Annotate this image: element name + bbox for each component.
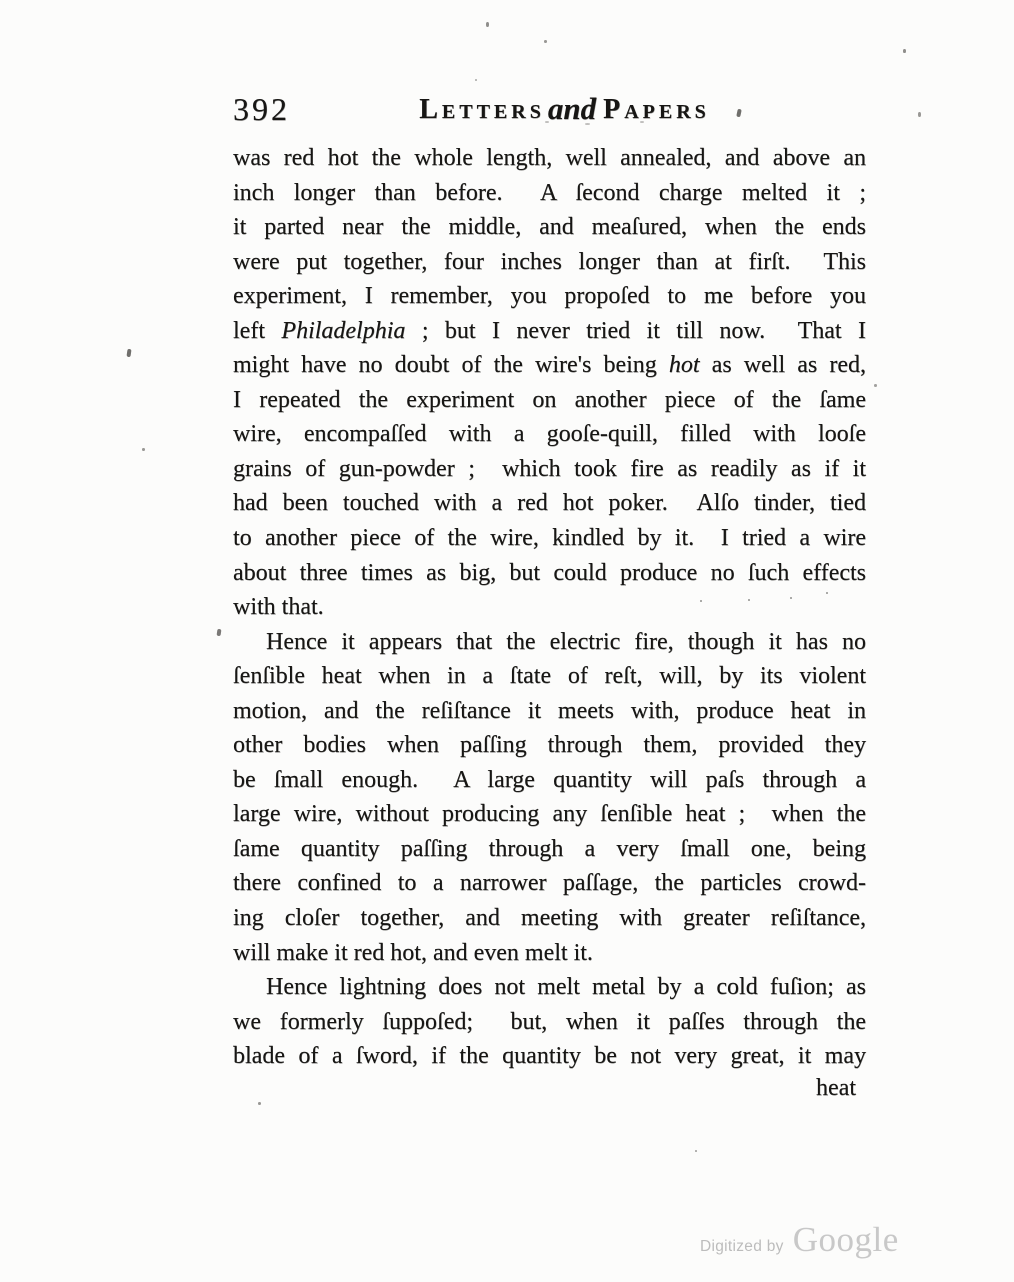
text-line: be ſmall enough. A large quantity will p…	[233, 763, 866, 798]
speck	[142, 448, 145, 451]
text-line: ing cloſer together, and meeting with gr…	[233, 901, 866, 936]
text-line: wire, encompaſſed with a gooſe-quill, fi…	[233, 417, 866, 452]
running-title-word-letters: Letters	[419, 94, 545, 125]
speck	[700, 600, 702, 602]
speck	[826, 592, 828, 594]
text-line: were put together, four inches longer th…	[233, 245, 866, 280]
body-text: was red hot the whole length, well annea…	[233, 141, 866, 1074]
text-line: Hence it appears that the electric fire,…	[233, 625, 866, 660]
text-line: experiment, I remember, you propoſed to …	[233, 279, 866, 314]
text-line: I repeated the experiment on another pie…	[233, 383, 866, 418]
text-line: ſenſible heat when in a ſtate of reſt, w…	[233, 659, 866, 694]
text-line: might have no doubt of the wire's being …	[233, 348, 866, 383]
text-line: there confined to a narrower paſſage, th…	[233, 866, 866, 901]
speck	[486, 22, 489, 27]
text-line: about three times as big, but could prod…	[233, 556, 866, 591]
speck	[475, 79, 477, 81]
running-title-word-and: and	[548, 91, 596, 126]
google-logo: Google	[793, 1220, 899, 1260]
speck	[918, 112, 921, 117]
text-line: to another piece of the wire, kindled by…	[233, 521, 866, 556]
speck	[874, 384, 877, 387]
speck	[126, 349, 131, 357]
speck	[903, 49, 906, 53]
text-line: motion, and the reſiſtance it meets with…	[233, 694, 866, 729]
text-line: ſame quantity paſſing through a very ſma…	[233, 832, 866, 867]
text-line: left Philadelphia ; but I never tried it…	[233, 314, 866, 349]
text-line: we formerly ſuppoſed; but, when it paſſe…	[233, 1005, 866, 1040]
watermark-label: Digitized by	[700, 1238, 784, 1256]
running-title-word-papers: Papers	[603, 94, 710, 125]
text-line: it parted near the middle, and meaſured,…	[233, 210, 866, 245]
speck	[258, 1102, 261, 1105]
catchword: heat	[233, 1071, 866, 1106]
text-line: inch longer than before. A ſecond charge…	[233, 176, 866, 211]
speck	[545, 121, 549, 123]
speck	[585, 123, 590, 125]
speck	[790, 597, 792, 599]
book-page-scan: 392 LettersandPapers was red hot the who…	[0, 0, 1014, 1282]
text-line: Hence lightning does not melt metal by a…	[233, 970, 866, 1005]
running-title: LettersandPapers	[248, 90, 881, 126]
text-line: with that.	[233, 590, 866, 625]
text-line: large wire, without producing any ſenſib…	[233, 797, 866, 832]
text-line: will make it red hot, and even melt it.	[233, 936, 866, 971]
text-line: grains of gun-powder ; which took fire a…	[233, 452, 866, 487]
text-line: other bodies when paſſing through them, …	[233, 728, 866, 763]
speck	[640, 121, 644, 123]
page-header: 392 LettersandPapers	[233, 90, 866, 132]
speck	[217, 629, 222, 636]
text-line: was red hot the whole length, well annea…	[233, 141, 866, 176]
digitization-watermark: Digitized by Google	[700, 1220, 899, 1260]
text-line: blade of a ſword, if the quantity be not…	[233, 1039, 866, 1074]
speck	[544, 40, 547, 43]
speck	[695, 1150, 697, 1152]
text-line: had been touched with a red hot poker. A…	[233, 486, 866, 521]
speck	[748, 599, 750, 601]
